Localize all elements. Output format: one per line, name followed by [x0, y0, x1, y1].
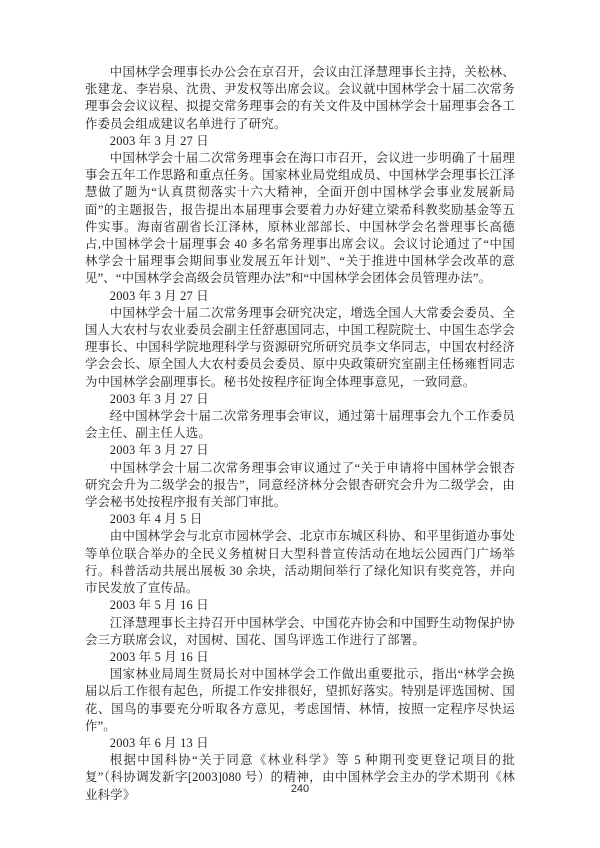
date-line: 2003 年 5 月 16 日: [85, 597, 515, 614]
body-paragraph: 中国林学会十届二次常务理事会审议通过了“关于申请将中国林学会银杏研究会升为二级学…: [85, 460, 515, 512]
body-paragraph: 中国林学会十届二次常务理事会在海口市召开，会议进一步明确了十届理事会五年工作思路…: [85, 150, 515, 288]
date-line: 2003 年 3 月 27 日: [85, 442, 515, 459]
body-paragraph: 江泽慧理事长主持召开中国林学会、中国花卉协会和中国野生动物保护协会三方联席会议，…: [85, 615, 515, 649]
body-paragraph: 中国林学会十届二次常务理事会研究决定，增选全国人大常委会委员、全国人大农村与农业…: [85, 305, 515, 391]
date-line: 2003 年 3 月 27 日: [85, 288, 515, 305]
page-number: 240: [85, 783, 515, 795]
date-line: 2003 年 3 月 27 日: [85, 133, 515, 150]
date-line: 2003 年 4 月 5 日: [85, 511, 515, 528]
page-text: 中国林学会理事长办公会在京召开，会议由江泽慧理事长主持，关松林、张建龙、李岩泉、…: [85, 64, 515, 804]
body-paragraph: 中国林学会理事长办公会在京召开，会议由江泽慧理事长主持，关松林、张建龙、李岩泉、…: [85, 64, 515, 133]
date-line: 2003 年 3 月 27 日: [85, 391, 515, 408]
date-line: 2003 年 6 月 13 日: [85, 735, 515, 752]
body-paragraph: 由中国林学会与北京市园林学会、北京市东城区科协、和平里街道办事处等单位联合举办的…: [85, 528, 515, 597]
body-paragraph: 国家林业局周生贤局长对中国林学会工作做出重要批示，指出“林学会换届以后工作很有起…: [85, 666, 515, 735]
body-paragraph: 根据中国科协“关于同意《林业科学》等 5 种期刊变更登记项目的批复”（科协调发新…: [85, 752, 515, 804]
document-page: 中国林学会理事长办公会在京召开，会议由江泽慧理事长主持，关松林、张建龙、李岩泉、…: [0, 0, 600, 848]
body-paragraph: 经中国林学会十届二次常务理事会审议，通过第十届理事会九个工作委员会主任、副主任人…: [85, 408, 515, 442]
date-line: 2003 年 5 月 16 日: [85, 649, 515, 666]
